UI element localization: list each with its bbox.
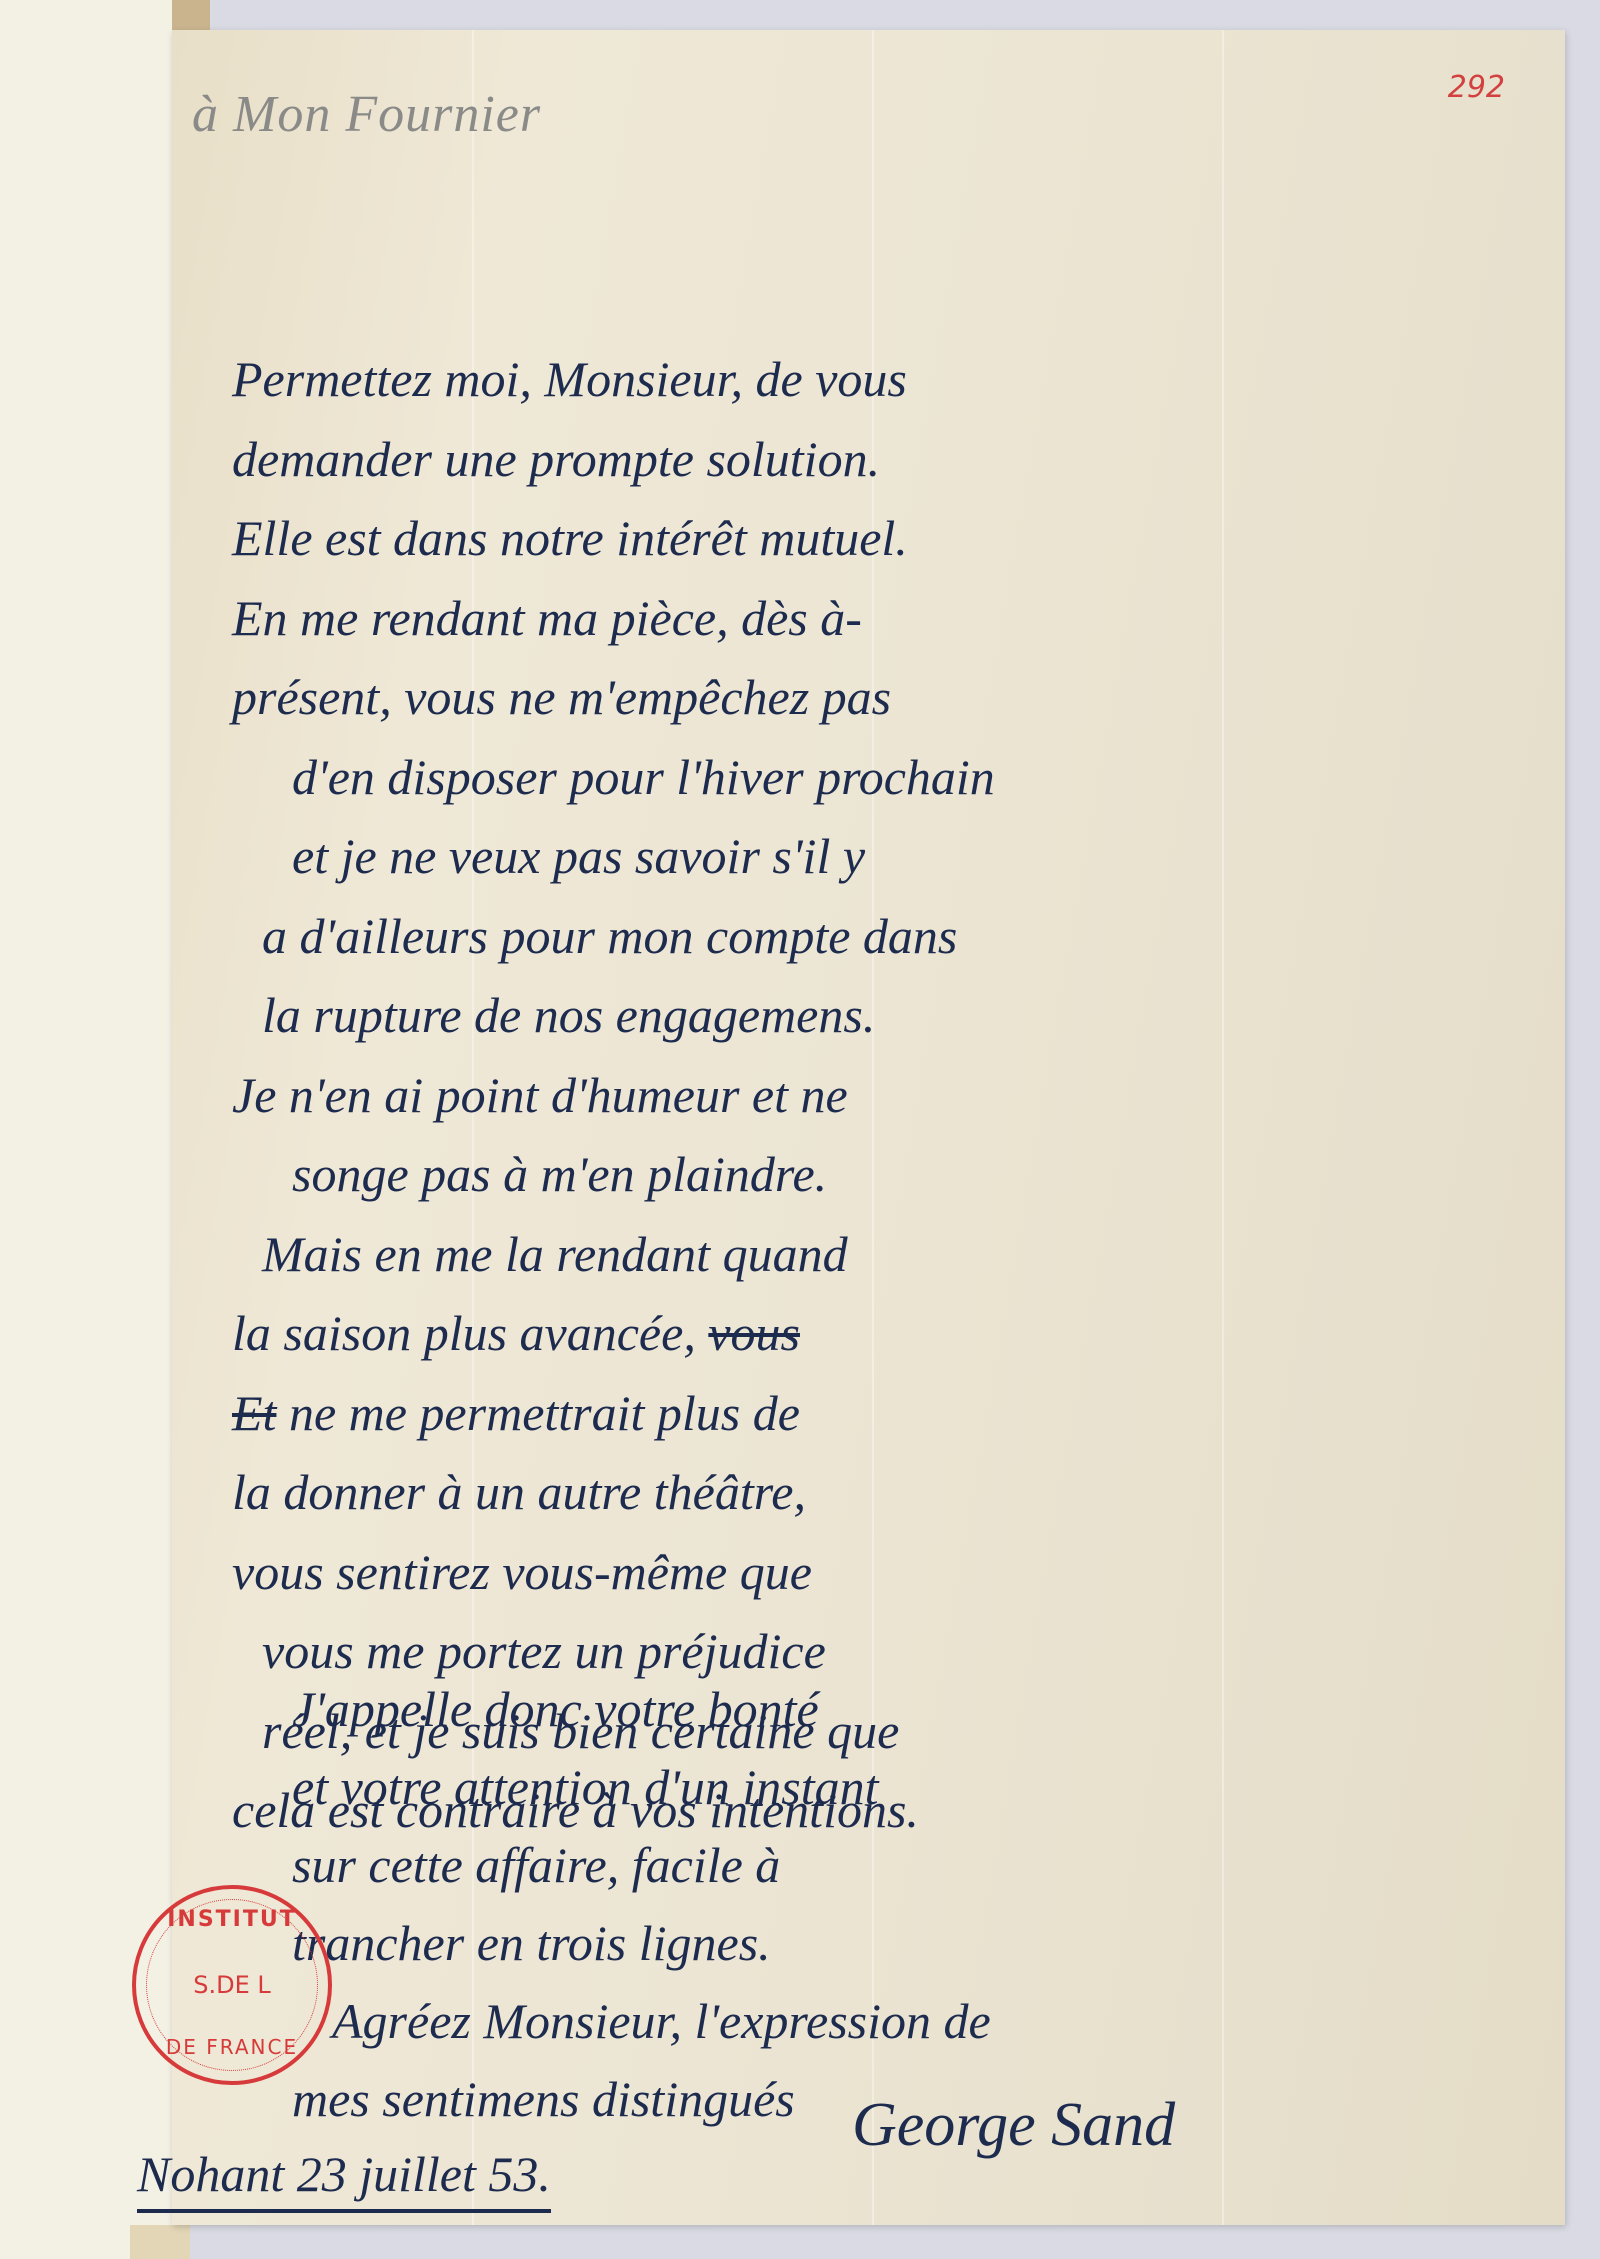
- body-line: Mais en me la rendant quand: [232, 1215, 1532, 1295]
- body-line: En me rendant ma pièce, dès à-: [232, 579, 1532, 659]
- closing-line: sur cette affaire, facile à: [232, 1826, 1532, 1904]
- closing-line: et votre attention d'un instant: [232, 1748, 1532, 1826]
- body-line: vous sentirez vous-même que: [232, 1533, 1532, 1613]
- body-line-part: la saison plus avancée,: [232, 1305, 696, 1361]
- body-line: la saison plus avancée, vous: [232, 1294, 1532, 1374]
- letter-body: Permettez moi, Monsieur, de vous demande…: [232, 340, 1532, 1851]
- stamp-text-middle: S.DE L: [136, 1971, 328, 1999]
- signature: George Sand: [852, 2090, 1175, 2161]
- letter-sheet: 292 à Mon Fournier Permettez moi, Monsie…: [172, 30, 1565, 2225]
- body-line: présent, vous ne m'empêchez pas: [232, 658, 1532, 738]
- stamp-text-top: INSTITUT: [136, 1907, 328, 1932]
- body-line: Elle est dans notre intérêt mutuel.: [232, 499, 1532, 579]
- struck-word: Et: [232, 1385, 276, 1441]
- body-line: la donner à un autre théâtre,: [232, 1453, 1532, 1533]
- body-line-part: ne me permettrait plus de: [289, 1385, 800, 1441]
- body-line: songe pas à m'en plaindre.: [232, 1135, 1532, 1215]
- folio-number: 292: [1448, 70, 1505, 105]
- closing-line: Agréez Monsieur, l'expression de: [232, 1982, 1532, 2060]
- body-line: et je ne veux pas savoir s'il y: [232, 817, 1532, 897]
- institut-de-france-stamp: INSTITUT S.DE L DE FRANCE: [132, 1885, 332, 2085]
- body-line: a d'ailleurs pour mon compte dans: [232, 897, 1532, 977]
- body-line: Je n'en ai point d'humeur et ne: [232, 1056, 1532, 1136]
- mount-hinge-bottom: [130, 2225, 190, 2259]
- stamp-text-bottom: DE FRANCE: [136, 2035, 328, 2059]
- body-line: la rupture de nos engagemens.: [232, 976, 1532, 1056]
- body-line: d'en disposer pour l'hiver prochain: [232, 738, 1532, 818]
- body-line: Permettez moi, Monsieur, de vous: [232, 340, 1532, 420]
- body-line: demander une prompte solution.: [232, 420, 1532, 500]
- closing-line: J'appelle donc votre bonté: [232, 1670, 1532, 1748]
- closing-line: trancher en trois lignes.: [232, 1904, 1532, 1982]
- struck-word: vous: [708, 1305, 800, 1361]
- letter-closing: J'appelle donc votre bonté et votre atte…: [232, 1670, 1532, 2138]
- place-and-date: Nohant 23 juillet 53.: [137, 2145, 551, 2213]
- pencil-addressee-note: à Mon Fournier: [192, 85, 541, 144]
- body-line: Et ne me permettrait plus de: [232, 1374, 1532, 1454]
